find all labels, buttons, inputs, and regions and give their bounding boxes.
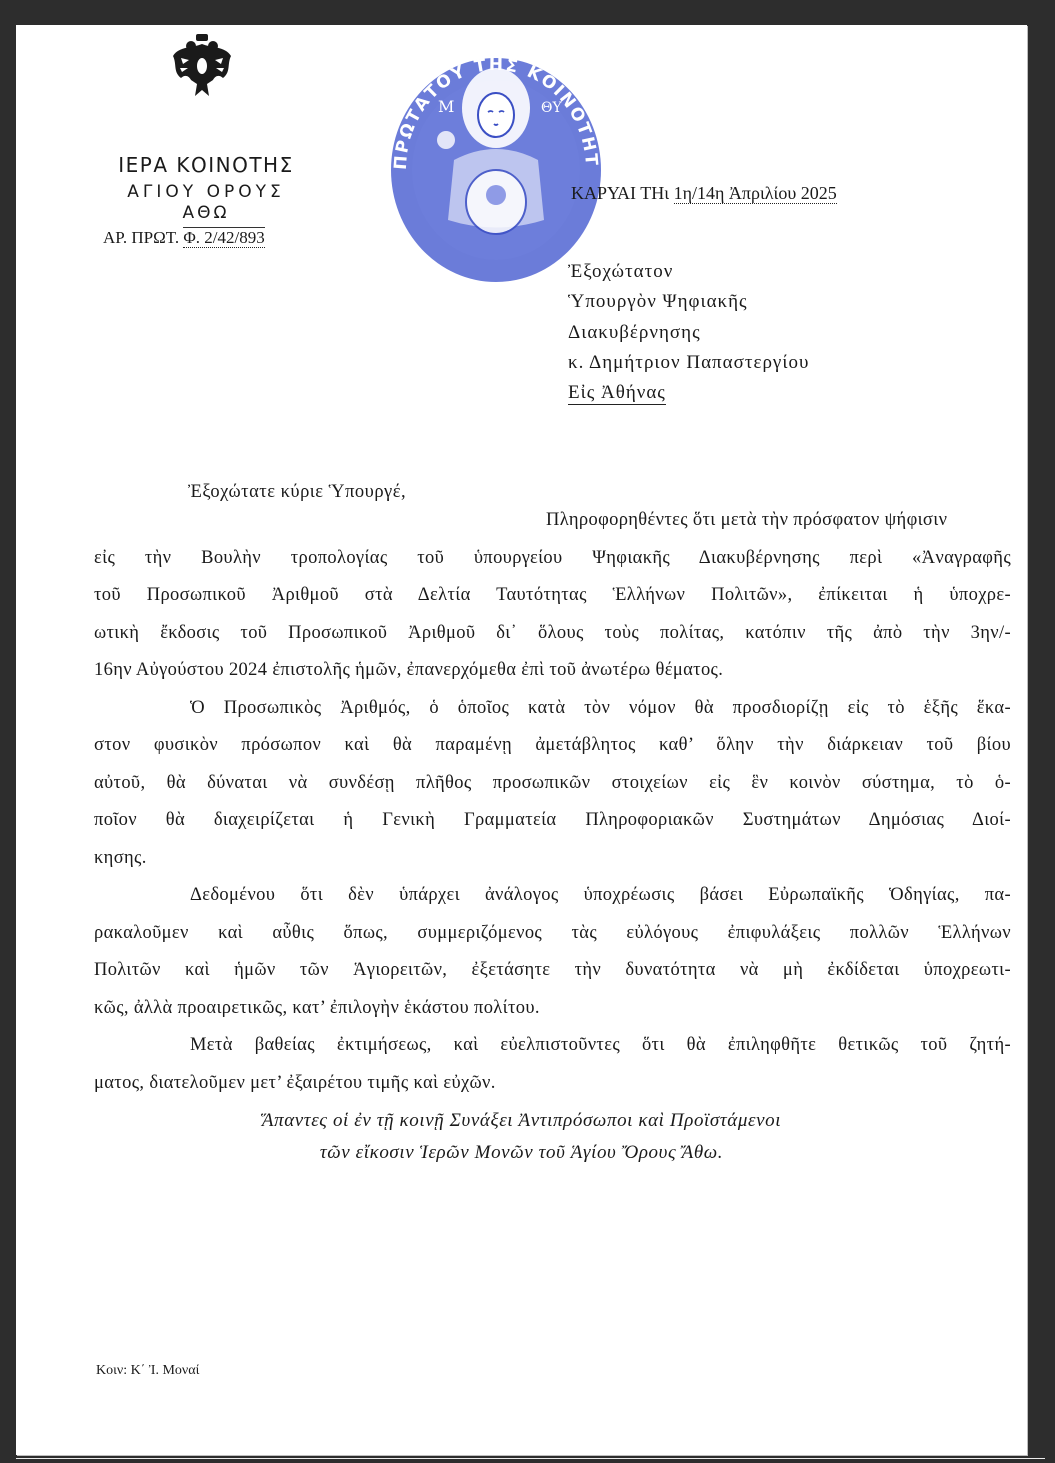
recipient-line: Ὑπουργὸν Ψηφιακῆς [568, 291, 748, 313]
page-edge [16, 1458, 1045, 1459]
letterhead-location: ΑΘΩ [106, 203, 306, 223]
protocol-label: ΑΡ. ΠΡΩΤ. [103, 228, 179, 247]
body-line: Ὁ Προσωπικὸς Ἀριθμός, ὁ ὁποῖος κατὰ τὸν … [190, 698, 1011, 719]
body-line: τοῦ Προσωπικοῦ Ἀριθμοῦ στὰ Δελτία Ταυτότ… [94, 585, 1011, 606]
body-line: κῶς, ἀλλὰ προαιρετικῶς, κατ’ ἐπιλογὴν ἑκ… [94, 998, 1011, 1019]
cc-line: Κοιν: Κ΄ Ἰ. Μοναί [96, 1363, 199, 1379]
body-line: στον φυσικὸν πρόσωπον καὶ θὰ παραμένῃ ἀμ… [94, 735, 1011, 756]
date-prefix: ΚΑΡΥΑΙ ΤΗι [571, 183, 669, 203]
date-value: 1η/14η Ἀπριλίου 2025 [674, 183, 837, 204]
body-line: Πληροφορηθέντες ὅτι μετὰ τὴν πρόσφατον ψ… [546, 510, 1011, 531]
body-line: αὐτοῦ, θὰ δύναται νὰ συνδέσῃ πλῆθος προσ… [94, 773, 1011, 794]
svg-text:ΘΥ: ΘΥ [541, 100, 562, 116]
body-line: ρακαλοῦμεν καὶ αὖθις ὅπως, συμμεριζόμενο… [94, 923, 1011, 944]
body-line: 16ην Αὐγούστου 2024 ἐπιστολῆς ἡμῶν, ἐπαν… [94, 660, 1011, 681]
body-line: εἰς τὴν Βουλὴν τροπολογίας τοῦ ὑπουργείο… [94, 548, 1011, 569]
signature-line: τῶν εἴκοσιν Ἱερῶν Μονῶν τοῦ Ἁγίου Ὄρους … [16, 1142, 1027, 1164]
recipient-line: Διακυβέρνησης [568, 322, 701, 344]
svg-text:Μ: Μ [438, 97, 454, 116]
letterhead-title: ΙΕΡΑ ΚΟΙΝΟΤΗΣ [106, 153, 306, 177]
body-line: ματος, διατελοῦμεν μετ’ ἐξαιρέτου τιμῆς … [94, 1073, 1011, 1094]
salutation: Ἐξοχώτατε κύριε Ὑπουργέ, [188, 482, 406, 503]
recipient-line: Ἐξοχώτατον [568, 261, 673, 283]
body-line: κησης. [94, 848, 1011, 869]
letterhead-subtitle: ΑΓΙΟΥ ΟΡΟΥΣ [106, 182, 306, 202]
recipient-city: Εἰς Ἀθήνας [568, 382, 666, 405]
double-headed-eagle-icon [171, 34, 233, 98]
letter-page: ΙΕΡΑ ΚΟΙΝΟΤΗΣ ΑΓΙΟΥ ΟΡΟΥΣ ΑΘΩ ΑΡ. ΠΡΩΤ. … [16, 25, 1027, 1455]
body-line: ποῖον θὰ διαχειρίζεται ἡ Γενικὴ Γραμματε… [94, 810, 1011, 831]
body-line: Δεδομένου ὅτι δὲν ὑπάρχει ἀνάλογος ὑποχρ… [190, 885, 1011, 906]
letter-date: ΚΑΡΥΑΙ ΤΗι 1η/14η Ἀπριλίου 2025 [571, 183, 837, 204]
recipient-line: κ. Δημήτριον Παπαστεργίου [568, 352, 809, 374]
protocol-value: Φ. 2/42/893 [183, 227, 264, 248]
protocol-number: ΑΡ. ΠΡΩΤ. Φ. 2/42/893 [103, 228, 265, 248]
seal-stamp-icon: ΠΡΩΤΑΤΟΥ ΤΗΣ ΚΟΙΝΟΤΗΤΟΣ ΤΟΥ ΑΓΙΟΥ ΟΡΟΥΣ … [376, 20, 616, 290]
body-line: Πολιτῶν καὶ ἡμῶν τῶν Ἁγιορειτῶν, ἐξετάση… [94, 960, 1011, 981]
signature-line: Ἅπαντες οἱ ἐν τῇ κοινῇ Συνάξει Ἀντιπρόσω… [16, 1110, 1027, 1132]
body-line: Μετὰ βαθείας ἐκτιμήσεως, καὶ εὐελπιστοῦν… [190, 1035, 1011, 1056]
body-line: ωτικὴ ἔκδοσις τοῦ Προσωπικοῦ Ἀριθμοῦ δι᾽… [94, 623, 1011, 644]
